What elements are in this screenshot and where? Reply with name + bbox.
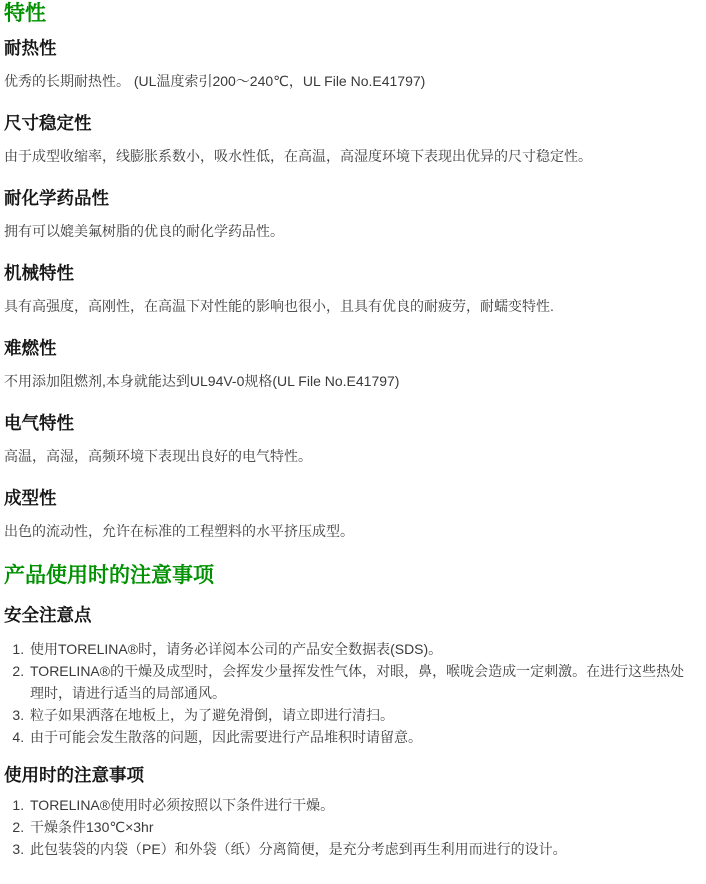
safety-precautions-list: 使用TORELINA®时，请务必详阅本公司的产品安全数据表(SDS)。 TORE… [4,638,698,748]
feature-dimensional-stability: 尺寸稳定性 由于成型收缩率，线膨胀系数小，吸水性低，在高温，高湿度环境下表现出优… [4,112,698,167]
list-item: 粒子如果洒落在地板上，为了避免滑倒，请立即进行清扫。 [28,704,698,726]
page: 特性 耐热性 优秀的长期耐热性。 (UL温度索引200～240℃，UL File… [0,0,706,860]
feature-body: 优秀的长期耐热性。 (UL温度索引200～240℃，UL File No.E41… [4,71,698,92]
feature-flame-retardancy: 难燃性 不用添加阻燃剂,本身就能达到UL94V-0规格(UL File No.E… [4,337,698,392]
feature-heading: 耐热性 [4,37,698,59]
feature-mechanical-properties: 机械特性 具有高强度，高刚性，在高温下对性能的影响也很小，且具有优良的耐疲劳，耐… [4,262,698,317]
feature-body: 出色的流动性，允许在标准的工程塑料的水平挤压成型。 [4,521,698,542]
feature-chemical-resistance: 耐化学药品性 拥有可以媲美氟树脂的优良的耐化学药品性。 [4,187,698,242]
feature-heat-resistance: 耐热性 优秀的长期耐热性。 (UL温度索引200～240℃，UL File No… [4,37,698,92]
feature-body: 拥有可以媲美氟树脂的优良的耐化学药品性。 [4,221,698,242]
precautions-section-title: 产品使用时的注意事项 [4,562,698,590]
list-item: 由于可能会发生散落的问题，因此需要进行产品堆积时请留意。 [28,726,698,748]
feature-body: 具有高强度，高刚性，在高温下对性能的影响也很小，且具有优良的耐疲劳，耐蠕变特性. [4,296,698,317]
feature-electrical-properties: 电气特性 高温，高湿，高频环境下表现出良好的电气特性。 [4,412,698,467]
feature-heading: 电气特性 [4,412,698,434]
usage-precautions-list: TORELINA®使用时必须按照以下条件进行干燥。 干燥条件130℃×3hr 此… [4,794,698,860]
feature-heading: 难燃性 [4,337,698,359]
list-item: 干燥条件130℃×3hr [28,816,698,838]
feature-moldability: 成型性 出色的流动性，允许在标准的工程塑料的水平挤压成型。 [4,487,698,542]
feature-body: 高温，高湿，高频环境下表现出良好的电气特性。 [4,446,698,467]
safety-precautions-heading: 安全注意点 [4,604,698,626]
feature-body: 不用添加阻燃剂,本身就能达到UL94V-0规格(UL File No.E4179… [4,371,698,392]
list-item: TORELINA®使用时必须按照以下条件进行干燥。 [28,794,698,816]
feature-body: 由于成型收缩率，线膨胀系数小，吸水性低，在高温，高湿度环境下表现出优异的尺寸稳定… [4,146,698,167]
feature-heading: 尺寸稳定性 [4,112,698,134]
usage-precautions-subsection: 使用时的注意事项 TORELINA®使用时必须按照以下条件进行干燥。 干燥条件1… [4,764,698,860]
safety-precautions-subsection: 安全注意点 使用TORELINA®时，请务必详阅本公司的产品安全数据表(SDS)… [4,604,698,748]
list-item: 此包装袋的内袋（PE）和外袋（纸）分离简便，是充分考虑到再生利用而进行的设计。 [28,838,698,860]
feature-heading: 成型性 [4,487,698,509]
feature-heading: 耐化学药品性 [4,187,698,209]
features-section-title: 特性 [4,0,698,28]
feature-heading: 机械特性 [4,262,698,284]
list-item: TORELINA®的干燥及成型时，会挥发少量挥发性气体，对眼，鼻，喉咙会造成一定… [28,660,698,704]
list-item: 使用TORELINA®时，请务必详阅本公司的产品安全数据表(SDS)。 [28,638,698,660]
usage-precautions-heading: 使用时的注意事项 [4,764,698,786]
